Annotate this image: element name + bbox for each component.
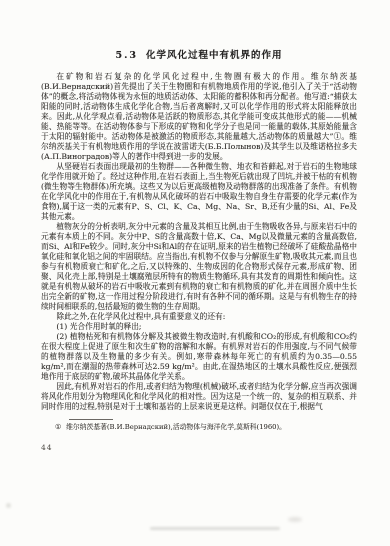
body-text: 在矿物和岩石复杂的化学风化过程中,生物圈有极大的作用。维尔纳茨基(В.И.Вер… (41, 72, 357, 412)
section-title: 化学风化过程中有机界的作用 (146, 50, 283, 61)
footnote: ①维尔纳茨基著(В.И.Вернадский),活动物体与海洋化学,莫斯科(19… (41, 423, 357, 432)
section-heading: 5.3化学风化过程中有机界的作用 (41, 47, 357, 61)
paragraph: (2) 植物枯死和有机物体分解及其被微生物改造时,有机酸和CO₂的形成,有机酸和… (41, 332, 357, 382)
scan-artifact (288, 517, 302, 522)
page-number: 44 (41, 443, 357, 452)
paragraph: 除此之外,在化学风化过程中,具有重要意义的还有: (41, 312, 357, 322)
paragraph: 从坚硬岩石表面出现最初的生物群——各种微生物、地衣和苔藓起,对于岩石的生物地球化… (41, 162, 357, 222)
footnote-separator (69, 419, 113, 420)
footnote-text: 维尔纳茨基著(В.И.Вернадский),活动物体与海洋化学,莫斯科(196… (66, 423, 286, 431)
footnote-marker: ① (55, 423, 61, 431)
paragraph: 植物灰分的分析表明,灰分中元素的含量及其相互比例,由于生物吸收各异,与原来岩石中… (41, 222, 357, 312)
document-page: 5.3化学风化过程中有机界的作用 在矿物和岩石复杂的化学风化过程中,生物圈有极大… (0, 0, 390, 546)
paragraph: (1) 光合作用时氧的释出; (41, 322, 357, 332)
scan-artifact (150, 527, 280, 530)
scan-artifact (6, 503, 11, 508)
section-number: 5.3 (115, 50, 138, 61)
paragraph: 在矿物和岩石复杂的化学风化过程中,生物圈有极大的作用。维尔纳茨基(В.И.Вер… (41, 72, 357, 162)
paragraph: 因此,有机界对岩石的作用,或者归结为物理(机械)破坏,或者归结为化学分解,应当再… (41, 382, 357, 412)
